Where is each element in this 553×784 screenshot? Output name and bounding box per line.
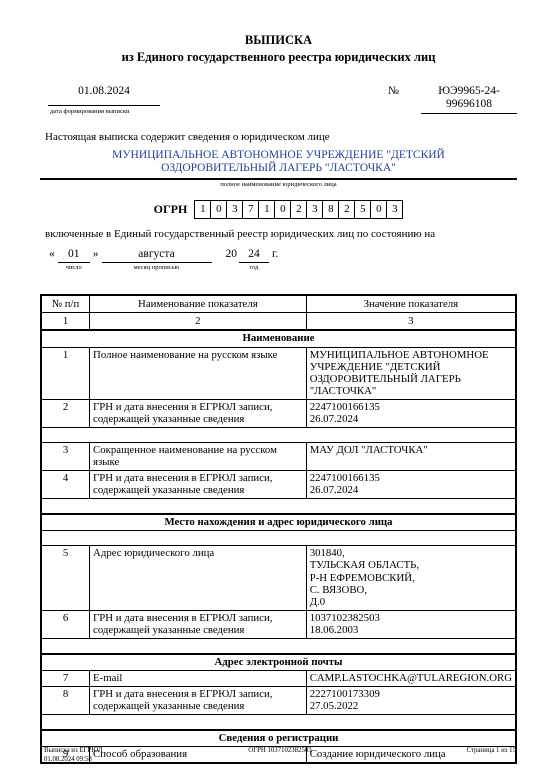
open-quote: « — [46, 248, 58, 261]
table-row: 4ГРН и дата внесения в ЕГРЮЛ записи, сод… — [41, 471, 516, 499]
footer-extract-info: Выписка из ЕГРЮЛ 01.08.2024 09:58 — [44, 747, 201, 765]
indicator-value: 2247100166135 26.07.2024 — [306, 471, 516, 499]
date-century: 20 — [212, 248, 240, 261]
header-meta-row: 01.08.2024 дата формирования выписки № Ю… — [40, 85, 517, 116]
date-year-caption: год — [239, 264, 269, 271]
section-header-label: Адрес электронной почты — [41, 654, 516, 671]
spacer-cell — [41, 638, 516, 654]
footer-ogrn: ОГРН 1037102382503 — [201, 747, 358, 756]
ogrn-digit-box: 7 — [242, 200, 259, 219]
org-name-caption: полное наименование юридического лица — [40, 181, 517, 188]
section-header-row: Сведения о регистрации — [41, 730, 516, 747]
date-year: 24 — [239, 248, 269, 263]
date-day-caption: число — [58, 264, 90, 271]
section-header-row: Адрес электронной почты — [41, 654, 516, 671]
table-row: 1Полное наименование на русском языкеМУН… — [41, 347, 516, 399]
section-header-label: Наименование — [41, 330, 516, 347]
table-row: 7E-mailCAMP.LASTOCHKA@TULAREGION.ORG — [41, 671, 516, 687]
spacer-row — [41, 499, 516, 515]
spacer-row — [41, 428, 516, 443]
date-year-segment: 24 год — [239, 248, 269, 272]
section-header-label: Сведения о регистрации — [41, 730, 516, 747]
footer-page-number: Страница 1 из 15 — [359, 747, 516, 756]
ogrn-digit-box: 8 — [322, 200, 339, 219]
org-name-block: МУНИЦИПАЛЬНОЕ АВТОНОМНОЕ УЧРЕЖДЕНИЕ "ДЕТ… — [40, 149, 517, 179]
section-header-row: Наименование — [41, 330, 516, 347]
extract-number: ЮЭ9965-24- 99696108 — [421, 85, 517, 114]
extract-number-block: № ЮЭ9965-24- 99696108 — [388, 85, 517, 114]
close-quote: » — [90, 248, 102, 261]
ogrn-digit-box: 1 — [194, 200, 211, 219]
header-col-value: Значение показателя — [306, 295, 516, 313]
date-month-caption: месяц прописью — [102, 264, 212, 271]
indicator-value: 2227100173309 27.05.2022 — [306, 687, 516, 715]
spacer-row — [41, 715, 516, 731]
indicator-name: E-mail — [90, 671, 307, 687]
ogrn-digit-boxes: 1037102382503 — [194, 200, 403, 219]
spacer-cell — [41, 499, 516, 515]
numbering-2: 2 — [90, 313, 307, 331]
as-of-date-line: « 01 число » августа месяц прописью 20 2… — [46, 248, 517, 272]
ogrn-digit-box: 0 — [370, 200, 387, 219]
spacer-cell — [41, 428, 516, 443]
spacer-row — [41, 638, 516, 654]
number-sign: № — [388, 85, 399, 98]
section-header-label: Место нахождения и адрес юридического ли… — [41, 514, 516, 531]
date-month: августа — [102, 248, 212, 263]
indicator-name: Сокращенное наименование на русском язык… — [90, 443, 307, 471]
date-year-suffix: г. — [269, 248, 281, 261]
document-subtitle: из Единого государственного реестра юрид… — [40, 50, 517, 64]
formation-date-caption: дата формирования выписки — [48, 106, 160, 115]
table-row: 3Сокращенное наименование на русском язы… — [41, 443, 516, 471]
included-text: включенные в Единый государственный реес… — [45, 228, 517, 241]
indicator-value: 1037102382503 18.06.2003 — [306, 610, 516, 638]
ogrn-label: ОГРН — [154, 203, 188, 217]
egrul-table-body: № п/п Наименование показателя Значение п… — [41, 295, 516, 763]
row-number: 2 — [41, 399, 90, 427]
row-number: 8 — [41, 687, 90, 715]
document-title: ВЫПИСКА — [40, 33, 517, 47]
ogrn-digit-box: 5 — [354, 200, 371, 219]
formation-date-block: 01.08.2024 дата формирования выписки — [48, 85, 160, 116]
indicator-name: ГРН и дата внесения в ЕГРЮЛ записи, соде… — [90, 687, 307, 715]
spacer-cell — [41, 715, 516, 731]
date-day-segment: 01 число — [58, 248, 90, 272]
ogrn-digit-box: 2 — [290, 200, 307, 219]
intro-text: Настоящая выписка содержит сведения о юр… — [45, 131, 517, 144]
section-header-row: Место нахождения и адрес юридического ли… — [41, 514, 516, 531]
indicator-value: 2247100166135 26.07.2024 — [306, 399, 516, 427]
row-number: 6 — [41, 610, 90, 638]
indicator-name: ГРН и дата внесения в ЕГРЮЛ записи, соде… — [90, 610, 307, 638]
table-row: 2ГРН и дата внесения в ЕГРЮЛ записи, сод… — [41, 399, 516, 427]
numbering-1: 1 — [41, 313, 90, 331]
row-number: 3 — [41, 443, 90, 471]
ogrn-digit-box: 2 — [338, 200, 355, 219]
row-number: 7 — [41, 671, 90, 687]
indicator-value: 301840, ТУЛЬСКАЯ ОБЛАСТЬ, Р-Н ЕФРЕМОВСКИ… — [306, 546, 516, 610]
indicator-value: МАУ ДОЛ "ЛАСТОЧКА" — [306, 443, 516, 471]
formation-date: 01.08.2024 — [48, 85, 160, 106]
table-row: 6ГРН и дата внесения в ЕГРЮЛ записи, сод… — [41, 610, 516, 638]
org-name: МУНИЦИПАЛЬНОЕ АВТОНОМНОЕ УЧРЕЖДЕНИЕ "ДЕТ… — [40, 149, 517, 175]
indicator-name: ГРН и дата внесения в ЕГРЮЛ записи, соде… — [90, 399, 307, 427]
ogrn-digit-box: 3 — [306, 200, 323, 219]
indicator-value: CAMP.LASTOCHKA@TULAREGION.ORG — [306, 671, 516, 687]
table-header-row: № п/п Наименование показателя Значение п… — [41, 295, 516, 313]
row-number: 5 — [41, 546, 90, 610]
egrul-extract-page: ВЫПИСКА из Единого государственного реес… — [0, 0, 553, 784]
column-numbering-row: 1 2 3 — [41, 313, 516, 331]
indicator-name: Полное наименование на русском языке — [90, 347, 307, 399]
spacer-cell — [41, 531, 516, 546]
ogrn-digit-box: 1 — [258, 200, 275, 219]
indicator-name: Адрес юридического лица — [90, 546, 307, 610]
row-number: 1 — [41, 347, 90, 399]
ogrn-row: ОГРН 1037102382503 — [40, 200, 517, 219]
ogrn-digit-box: 0 — [274, 200, 291, 219]
table-row: 8ГРН и дата внесения в ЕГРЮЛ записи, сод… — [41, 687, 516, 715]
numbering-3: 3 — [306, 313, 516, 331]
indicator-name: ГРН и дата внесения в ЕГРЮЛ записи, соде… — [90, 471, 307, 499]
date-month-segment: августа месяц прописью — [102, 248, 212, 272]
table-row: 5Адрес юридического лица301840, ТУЛЬСКАЯ… — [41, 546, 516, 610]
page-footer: Выписка из ЕГРЮЛ 01.08.2024 09:58 ОГРН 1… — [44, 747, 516, 765]
ogrn-digit-box: 3 — [386, 200, 403, 219]
indicator-value: МУНИЦИПАЛЬНОЕ АВТОНОМНОЕ УЧРЕЖДЕНИЕ "ДЕТ… — [306, 347, 516, 399]
row-number: 4 — [41, 471, 90, 499]
ogrn-digit-box: 0 — [210, 200, 227, 219]
date-day: 01 — [58, 248, 90, 263]
header-col-num: № п/п — [41, 295, 90, 313]
spacer-row — [41, 531, 516, 546]
header-col-name: Наименование показателя — [90, 295, 307, 313]
egrul-table: № п/п Наименование показателя Значение п… — [40, 294, 517, 764]
ogrn-digit-box: 3 — [226, 200, 243, 219]
